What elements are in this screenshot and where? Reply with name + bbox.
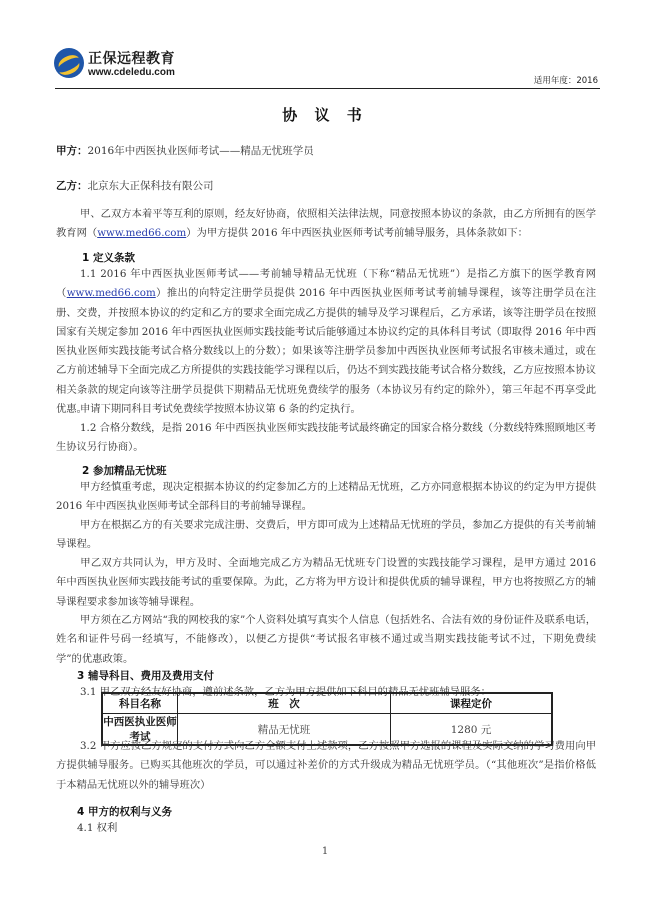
section-4-1-label: 4.1 权利 xyxy=(77,819,577,838)
party-a-label: 甲方： xyxy=(56,145,88,157)
header-divider xyxy=(55,88,600,89)
med66-link[interactable]: www.med66.com xyxy=(97,227,186,239)
section-1-2-paragraph: 1.2 合格分数线，是指 2016 年中西医执业医师实践技能考试最终确定的国家合… xyxy=(56,419,596,458)
brand-url[interactable]: www.cdeledu.com xyxy=(88,67,175,78)
section-3-heading: 3 辅导科目、费用及费用支付 xyxy=(77,668,214,683)
table-header-row: 科目名称 班 次 课程定价 xyxy=(102,693,552,714)
intro-paragraph: 甲、乙双方本着平等互利的原则，经友好协商，依照相关法律法规，同意按照本协议的条款… xyxy=(56,205,596,244)
page-number: 1 xyxy=(0,846,650,857)
section-3-2-paragraph: 3.2 甲方应按乙方规定的支付方式向乙方全额支付上述款项，乙方按照甲方选报的课程… xyxy=(56,737,596,795)
party-b-value: 北京东大正保科技有限公司 xyxy=(88,180,214,192)
column-header: 科目名称 xyxy=(102,693,178,714)
section-4-heading: 4 甲方的权利与义务 xyxy=(77,804,172,819)
page-header: 正保远程教育 www.cdeledu.com 适用年度：2016 xyxy=(44,44,606,90)
section-2-paragraph-3: 甲乙双方共同认为，甲方及时、全面地完成乙方为精品无忧班专门设置的实践技能学习课程… xyxy=(56,554,596,612)
column-header: 班 次 xyxy=(178,693,391,714)
med66-link[interactable]: www.med66.com xyxy=(67,287,156,299)
document-title: 协 议 书 xyxy=(0,104,650,125)
applicable-year: 适用年度：2016 xyxy=(534,74,598,86)
party-a: 甲方：2016年中西医执业医师考试——精品无忧班学员 xyxy=(56,143,314,158)
company-logo-icon xyxy=(54,48,84,78)
column-header: 课程定价 xyxy=(391,693,553,714)
party-b-label: 乙方： xyxy=(56,180,88,192)
party-b: 乙方：北京东大正保科技有限公司 xyxy=(56,178,214,193)
section-2-heading: 2 参加精品无忧班 xyxy=(82,463,166,478)
section-1-heading: 1 定义条款 xyxy=(82,250,135,265)
section-2-paragraph-1: 甲方经慎重考虑，现决定根据本协议的约定参加乙方的上述精品无忧班，乙方亦同意根据本… xyxy=(56,478,596,517)
section-2-paragraph-4: 甲方须在乙方网站“我的网校我的家”个人资料处填写真实个人信息（包括姓名、合法有效… xyxy=(56,611,596,669)
section-2-paragraph-2: 甲方在根据乙方的有关要求完成注册、交费后，甲方即可成为上述精品无忧班的学员，参加… xyxy=(56,516,596,555)
section-1-note: 申请下期同科目考试免费续学按照本协议第 6 条的约定执行。 xyxy=(56,400,596,419)
section-1-1-paragraph: 1.1 2016 年中西医执业医师考试——考前辅导精品无忧班（下称“精品无忧班”… xyxy=(56,265,596,419)
party-a-value: 2016年中西医执业医师考试——精品无忧班学员 xyxy=(88,145,314,157)
brand-name: 正保远程教育 xyxy=(88,48,175,68)
